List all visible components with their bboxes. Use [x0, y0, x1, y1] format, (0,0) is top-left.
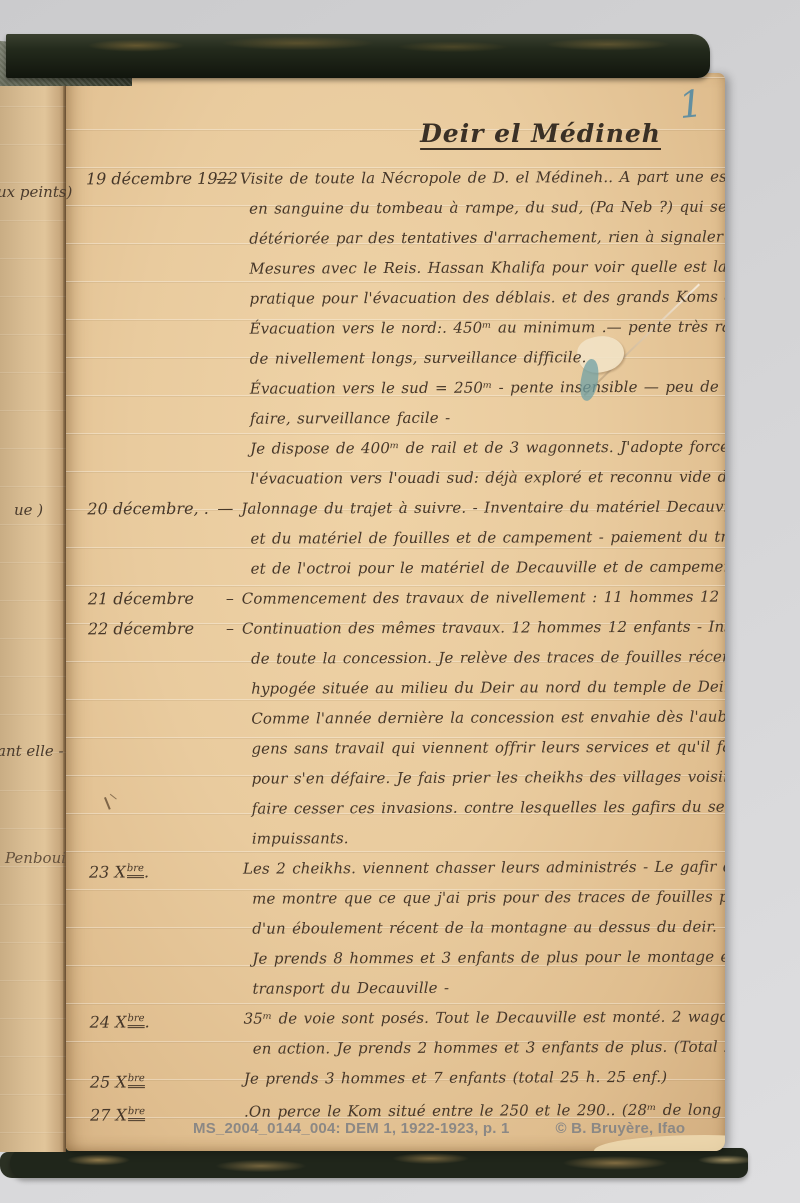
entry-line: Jalonnage du trajet à suivre. - Inventai… — [241, 492, 716, 524]
entry-date: 24 Xbre. — [78, 1004, 244, 1065]
entry-date-dash: – — [226, 614, 234, 644]
entry-line: Comme l'année dernière la concession est… — [242, 702, 717, 734]
scanned-notebook-page: ux peints) ue ) ant elle - Penboui 1 Dei… — [0, 0, 800, 1203]
entry-line: et du matériel de fouilles et de campeme… — [241, 522, 716, 554]
entry-line: Je prends 8 hommes et 3 enfants de plus … — [243, 942, 718, 974]
entry-body: Jalonnage du trajet à suivre. - Inventai… — [241, 492, 716, 584]
margin-note: Penboui — [5, 849, 66, 867]
diary-entry: 23 Xbre. Les 2 cheikhs. viennent chasser… — [77, 852, 719, 1005]
diary-entries: 19 décembre 1922 — Visite de toute la Né… — [74, 162, 719, 1131]
diary-entry: 25 Xbre Je prends 3 hommes et 7 enfants … — [78, 1062, 719, 1098]
margin-note: ant elle - — [0, 742, 64, 760]
entry-date-tail: . — [144, 862, 149, 881]
manuscript-id: MS_2004_0144_004: DEM 1, 1922-1923, p. 1 — [193, 1120, 510, 1137]
entry-date-superscript: bre — [127, 1013, 144, 1028]
diary-entry: 21 décembre – Commencement des travaux d… — [76, 582, 717, 615]
entry-body: 35ᵐ de voie sont posés. Tout le Decauvil… — [244, 1002, 719, 1064]
entry-date-text: 22 décembre — [88, 619, 194, 638]
entry-line: Je prends 3 hommes et 7 enfants (total 2… — [244, 1062, 719, 1094]
entry-date-text: 25 X — [90, 1073, 127, 1092]
entry-date-superscript: bre — [127, 863, 144, 878]
entry-line: pratique pour l'évacuation des déblais. … — [240, 282, 715, 314]
entry-line: Évacuation vers le sud = 250ᵐ - pente in… — [241, 372, 716, 404]
entry-line: détériorée par des tentatives d'arrachem… — [240, 222, 715, 254]
entry-line: de nivellement longs, surveillance diffi… — [241, 342, 716, 374]
entry-line: impuissants. — [243, 822, 718, 854]
entry-date: 21 décembre – — [76, 584, 242, 615]
entry-line: faire cesser ces invasions. contre lesqu… — [243, 792, 718, 824]
entry-line: hypogée située au milieu du Deir au nord… — [242, 672, 717, 704]
entry-line: d'un éboulement récent de la montagne au… — [243, 912, 718, 944]
entry-body: Je prends 3 hommes et 7 enfants (total 2… — [244, 1062, 719, 1097]
copyright-notice: © B. Bruyère, Ifao — [556, 1120, 686, 1137]
entry-date-text: 20 décembre, . — [87, 499, 208, 519]
entry-line: de toute la concession. Je relève des tr… — [242, 642, 717, 674]
entry-body: Commencement des travaux de nivellement … — [242, 582, 717, 614]
entry-date: 25 Xbre — [78, 1064, 244, 1098]
diary-entry: 22 décembre – Continuation des mêmes tra… — [76, 612, 718, 855]
entry-body: Les 2 cheikhs. viennent chasser leurs ad… — [243, 852, 719, 1004]
entry-line: en sanguine du tombeau à rampe, du sud, … — [240, 192, 715, 224]
entry-line: Je dispose de 400ᵐ de rail et de 3 wagon… — [241, 432, 716, 464]
entry-line: l'évacuation vers l'ouadi sud: déjà expl… — [241, 462, 716, 494]
entry-line: et de l'octroi pour le matériel de Decau… — [242, 552, 717, 584]
diary-entry: 24 Xbre. 35ᵐ de voie sont posés. Tout le… — [78, 1002, 719, 1065]
book-cover-bottom-edge — [10, 1148, 748, 1178]
entry-date-tail: . — [145, 1012, 150, 1031]
entry-date-superscript: bre — [128, 1073, 145, 1088]
diary-entry: 19 décembre 1922 — Visite de toute la Né… — [74, 162, 716, 495]
notebook-page: 1 Deir el Médineh 19 décembre 1922 — Vis… — [66, 73, 725, 1151]
entry-line: Visite de toute la Nécropole de D. el Mé… — [240, 162, 715, 194]
entry-date-text: 24 X — [90, 1013, 127, 1032]
entry-line: Continuation des mêmes travaux. 12 homme… — [242, 612, 717, 644]
entry-line: me montre que ce que j'ai pris pour des … — [243, 882, 718, 914]
page-number: 1 — [677, 82, 705, 127]
entry-line: transport du Decauville - — [243, 972, 718, 1004]
entry-body: Continuation des mêmes travaux. 12 homme… — [242, 612, 718, 854]
entry-date-dash: — — [217, 494, 233, 524]
entry-line: gens sans travail qui viennent offrir le… — [242, 732, 717, 764]
entry-line: en action. Je prends 2 hommes et 3 enfan… — [244, 1032, 719, 1064]
entry-date: 22 décembre – — [76, 614, 243, 855]
entry-line: Les 2 cheikhs. viennent chasser leurs ad… — [243, 852, 718, 884]
entry-line: 35ᵐ de voie sont posés. Tout le Decauvil… — [244, 1002, 719, 1034]
entry-date-text: 27 X — [90, 1106, 127, 1125]
margin-note: ux peints) — [0, 183, 72, 201]
page-title: Deir el Médineh — [420, 119, 661, 148]
entry-line: Mesures avec le Reis. Hassan Khalifa pou… — [240, 252, 715, 284]
watermark-footer: MS_2004_0144_004: DEM 1, 1922-1923, p. 1… — [193, 1120, 685, 1137]
diary-entry: 20 décembre, . — Jalonnage du trajet à s… — [75, 492, 716, 585]
entry-date-text: 23 X — [89, 863, 126, 882]
entry-date-text: 21 décembre — [88, 589, 194, 608]
entry-body: Visite de toute la Nécropole de D. el Mé… — [240, 162, 716, 494]
entry-line: pour s'en défaire. Je fais prier les che… — [243, 762, 718, 794]
entry-date-dash: — — [216, 164, 232, 194]
entry-date-dash: – — [226, 584, 234, 614]
book-cover-top-edge — [6, 34, 710, 78]
entry-date: 20 décembre, . — — [75, 494, 241, 585]
entry-line: Commencement des travaux de nivellement … — [242, 582, 717, 614]
book-page-edges-left — [0, 70, 66, 1152]
entry-date-superscript: bre — [128, 1106, 145, 1121]
entry-date: 19 décembre 1922 — — [74, 164, 241, 495]
entry-line: faire, surveillance facile - — [241, 402, 716, 434]
margin-note: ue ) — [14, 501, 43, 519]
entry-date: 23 Xbre. — [77, 854, 244, 1005]
entry-line: Évacuation vers le nord:. 450ᵐ au minimu… — [241, 312, 716, 344]
